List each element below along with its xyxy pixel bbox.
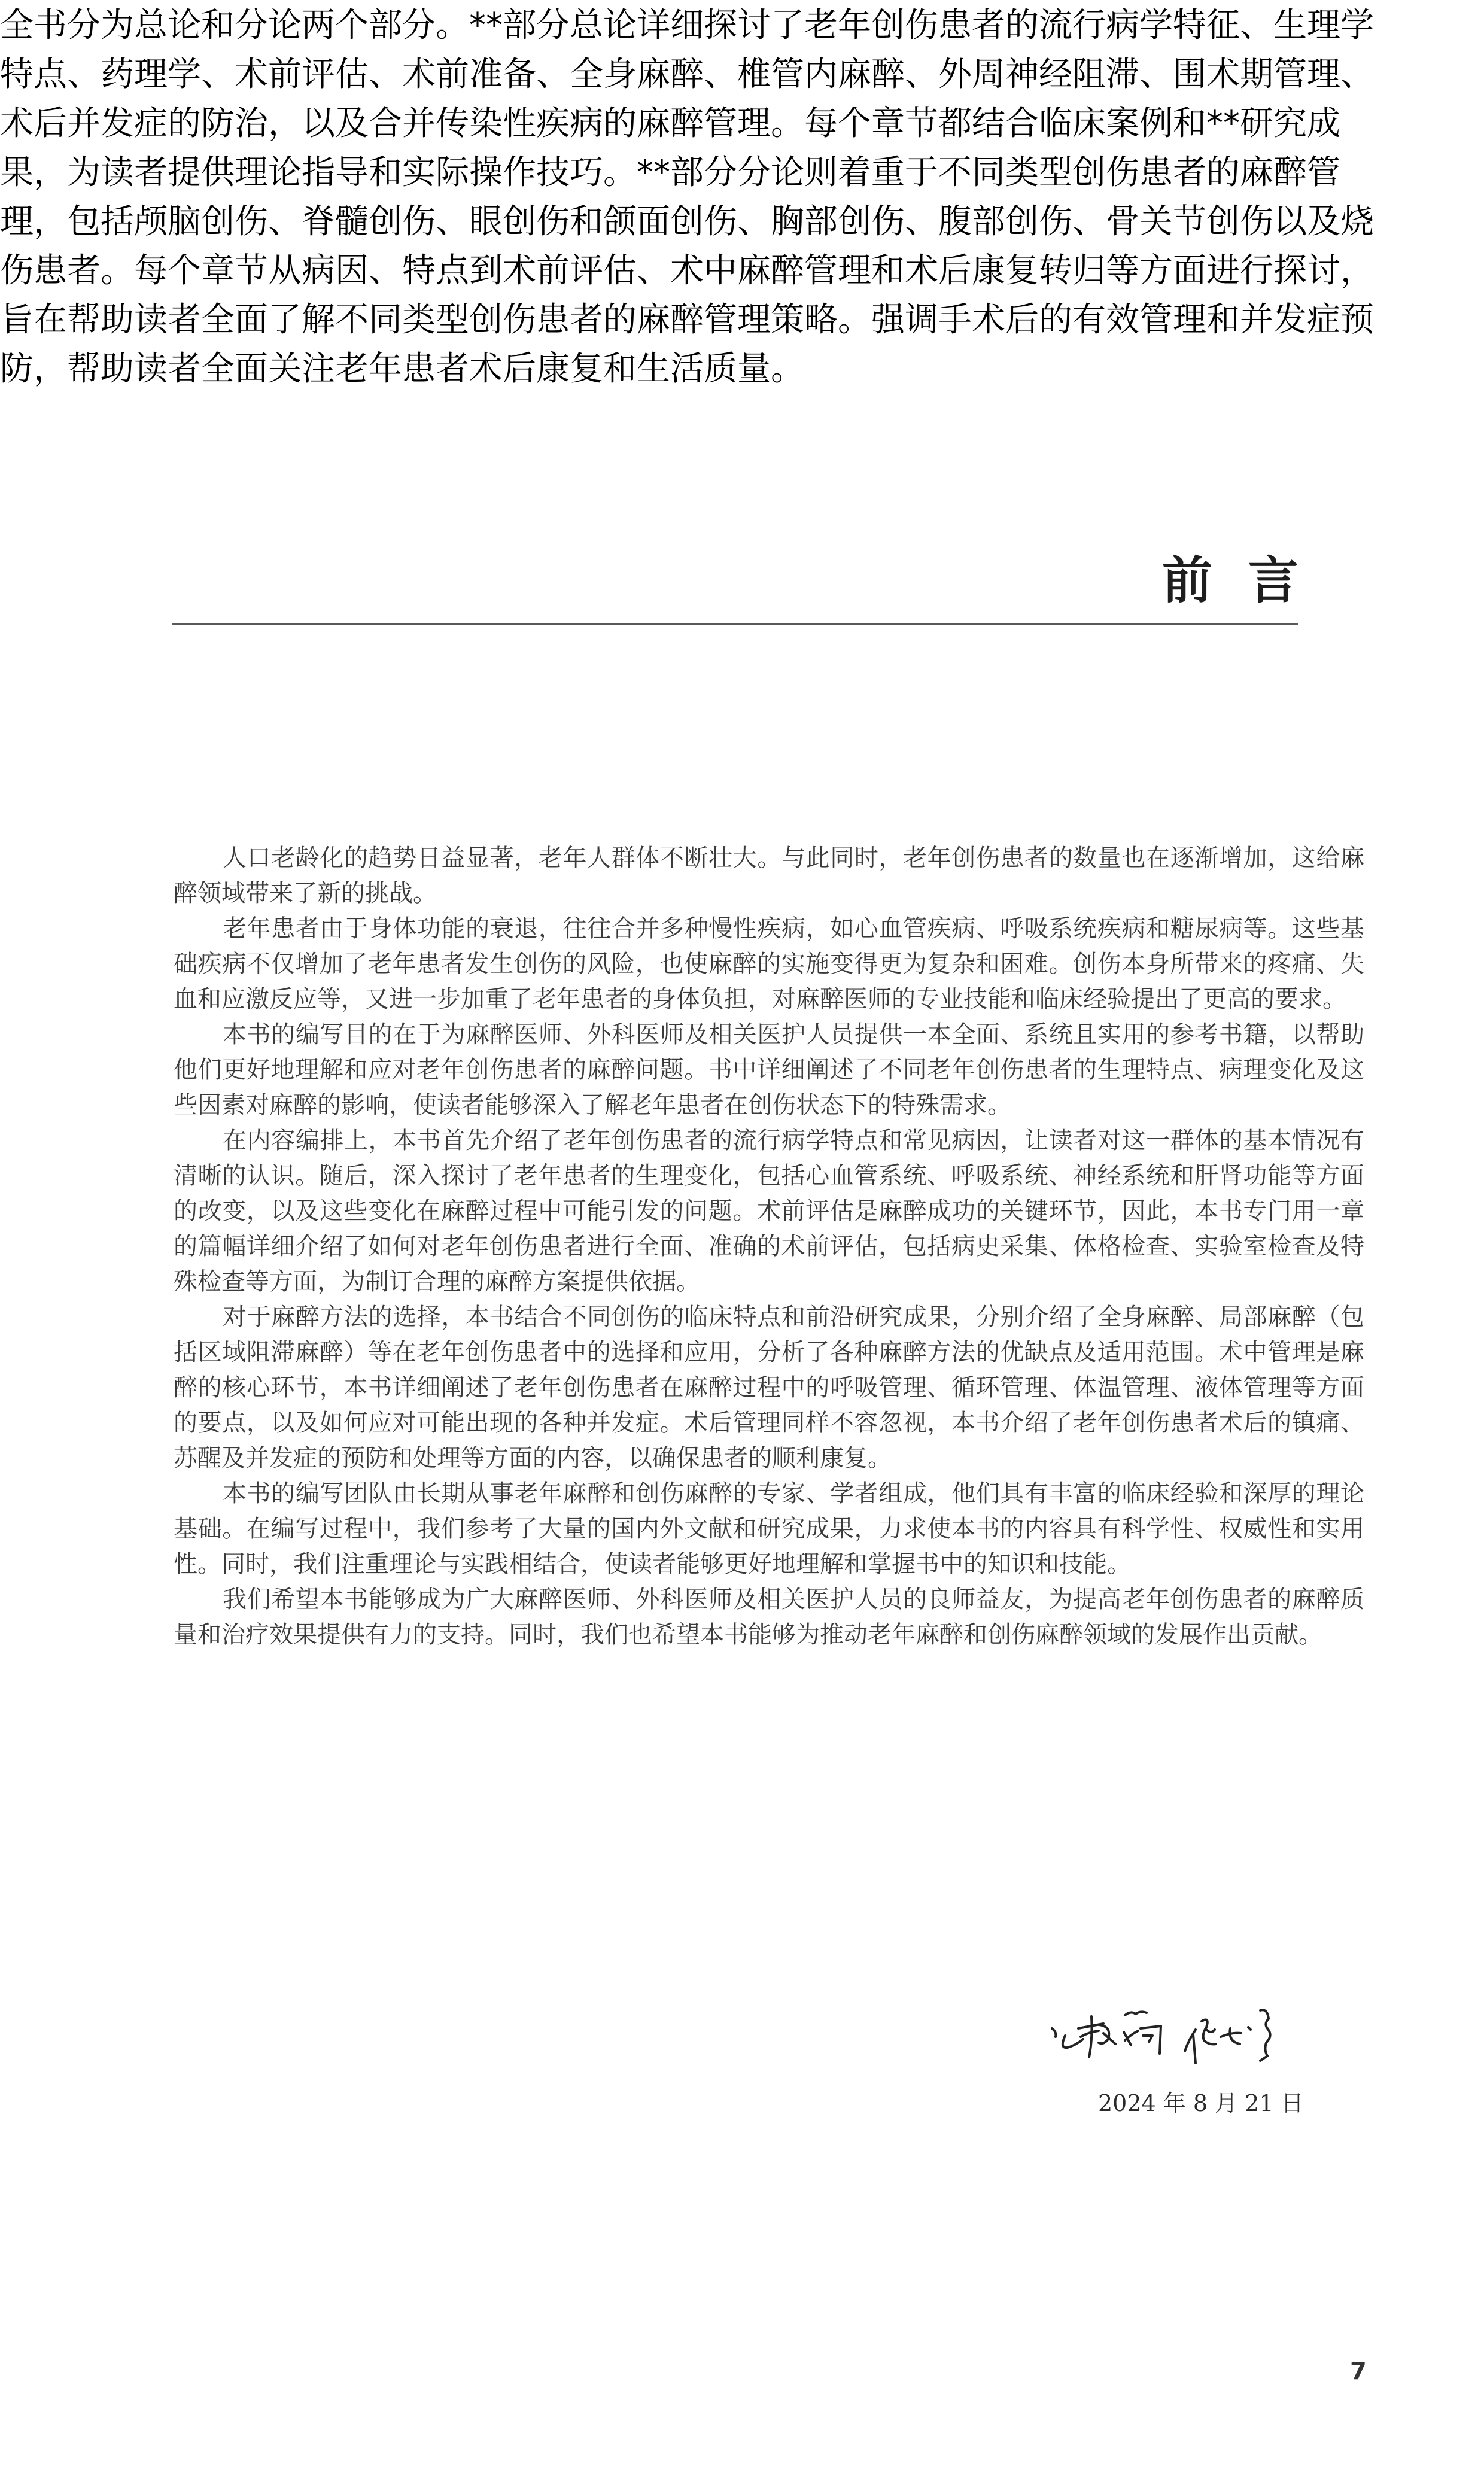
preface-body: 人口老龄化的趋势日益显著，老年人群体不断壮大。与此同时，老年创伤患者的数量也在逐…	[174, 841, 1364, 1653]
preface-paragraph: 老年患者由于身体功能的衰退，往往合并多种慢性疾病，如心血管疾病、呼吸系统疾病和糖…	[174, 911, 1364, 1017]
preface-paragraph: 本书的编写目的在于为麻醉医师、外科医师及相关医护人员提供一本全面、系统且实用的参…	[174, 1017, 1364, 1123]
signature-image	[1041, 1999, 1322, 2064]
title-divider	[172, 623, 1298, 625]
preface-paragraph: 我们希望本书能够成为广大麻醉医师、外科医师及相关医护人员的良师益友，为提高老年创…	[174, 1582, 1364, 1653]
preface-paragraph: 人口老龄化的趋势日益显著，老年人群体不断壮大。与此同时，老年创伤患者的数量也在逐…	[174, 841, 1364, 911]
page-number: 7	[1350, 2356, 1367, 2386]
preface-paragraph: 本书的编写团队由长期从事老年麻醉和创伤麻醉的专家、学者组成，他们具有丰富的临床经…	[174, 1476, 1364, 1582]
book-summary: 全书分为总论和分论两个部分。**部分总论详细探讨了老年创伤患者的流行病学特征、生…	[0, 0, 1400, 394]
preface-paragraph: 在内容编排上，本书首先介绍了老年创伤患者的流行病学特点和常见病因，让读者对这一群…	[174, 1123, 1364, 1300]
chapter-title-text: 前言	[1162, 551, 1334, 610]
chapter-title: 前言	[172, 550, 1298, 610]
preface-paragraph: 对于麻醉方法的选择，本书结合不同创伤的临床特点和前沿研究成果，分别介绍了全身麻醉…	[174, 1300, 1364, 1476]
preface-date: 2024 年 8 月 21 日	[1098, 2088, 1304, 2118]
